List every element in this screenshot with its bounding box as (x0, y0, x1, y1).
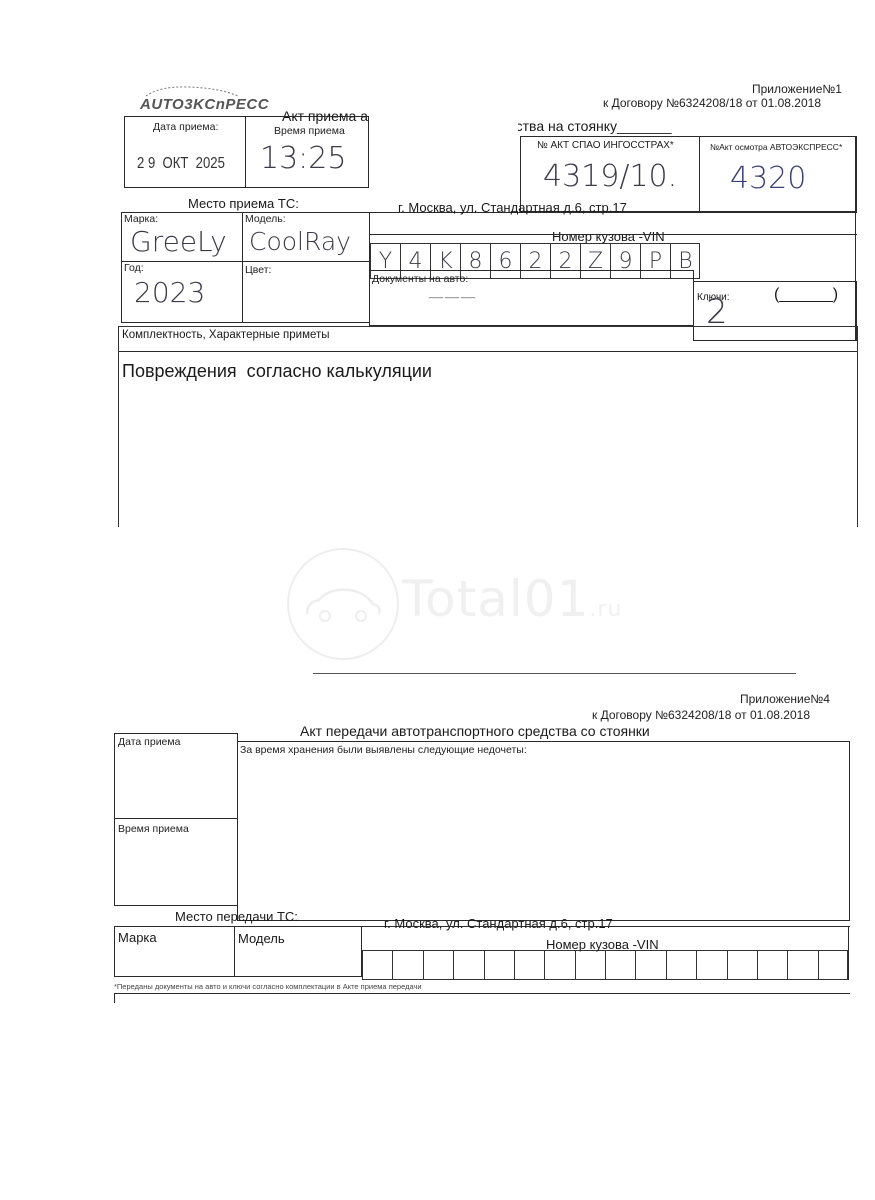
completeness-section: Комплектность, Характерные приметы Повре… (118, 326, 858, 527)
time-cell: Время приема 13:25 (245, 116, 369, 188)
completeness-label: Комплектность, Характерные приметы (122, 329, 330, 341)
documents-cell: Документы на авто: ——— (369, 270, 694, 326)
vin-empty-cell[interactable] (362, 951, 392, 979)
color-cell: Цвет: (242, 261, 370, 323)
form-title-2: Акт передачи автотранспортного средства … (300, 723, 650, 739)
date-label: Дата приема: (153, 121, 218, 133)
place-value: г. Москва, ул. Стандартная д.6, стр.17 (398, 200, 627, 215)
handover-brand-label: Марка (118, 930, 157, 945)
year-value: 2023 (134, 276, 205, 309)
defects-label: За время хранения были выявлены следующи… (240, 744, 527, 756)
brand-cell: Марка: GreeLy (121, 212, 243, 262)
vin-empty-cell[interactable] (453, 951, 483, 979)
inspection-act-label: №Акт осмотра АВТОЭКСПРЕСС* (710, 142, 842, 152)
brand-value: GreeLy (130, 225, 227, 258)
ingos-act-label: № АКТ СПАО ИНГОССТРАХ* (537, 140, 674, 151)
appendix-label: Приложение№1 (752, 82, 842, 96)
handover-time-label: Время приема (118, 823, 189, 835)
year-cell: Год: 2023 (121, 261, 243, 323)
logo-text: AUTO3KCnPECC (140, 96, 269, 113)
autoexpress-logo: AUTO3KCnPECC (140, 84, 244, 116)
vin-empty-cell[interactable] (514, 951, 544, 979)
vin-empty-cell[interactable] (696, 951, 726, 979)
vin-empty-cell[interactable] (575, 951, 605, 979)
documents-value: ——— (428, 287, 476, 306)
handover-date-label: Дата приема (118, 736, 180, 748)
inspection-act-cell: №Акт осмотра АВТОЭКСПРЕСС* 4320 (699, 136, 857, 212)
contract-reference-2: к Договору №6324208/18 от 01.08.2018 (592, 708, 810, 722)
inspection-act-number: 4320 (730, 161, 806, 196)
appendix-label-2: Приложение№4 (740, 692, 830, 706)
vin-empty-cell[interactable] (544, 951, 574, 979)
vin-empty-cell[interactable] (605, 951, 635, 979)
vin-empty-cell[interactable] (484, 951, 514, 979)
vin-empty-cell[interactable] (727, 951, 757, 979)
year-label: Год: (124, 262, 144, 274)
watermark-text: Total01.ru (402, 570, 622, 628)
defects-cell: За время хранения были выявлены следующи… (237, 741, 850, 921)
contract-reference: к Договору №6324208/18 от 01.08.2018 (603, 96, 821, 110)
handover-model-cell: Модель (234, 926, 362, 977)
footnote: *Переданы документы на авто и ключи согл… (114, 982, 422, 991)
handover-time-cell: Время приема (114, 818, 238, 906)
date-stamp: 2 9 ОКТ 2025 (137, 155, 225, 173)
vin-empty-cell[interactable] (392, 951, 422, 979)
car-icon (303, 584, 383, 624)
color-label: Цвет: (245, 264, 271, 276)
keys-extra: (______) (774, 286, 838, 304)
redacted-area (370, 114, 518, 196)
vin-empty-cell[interactable] (423, 951, 453, 979)
model-value: CoolRay (249, 227, 351, 256)
ingos-act-number: 4319/10. (543, 159, 677, 194)
time-label: Время приема (274, 125, 345, 137)
vin-label: Номер кузова -VIN (552, 229, 665, 244)
time-value: 13:25 (260, 141, 346, 176)
vin-empty-cell[interactable] (635, 951, 665, 979)
completeness-value: Повреждения согласно калькуляции (122, 361, 432, 382)
vin-empty-cell[interactable] (757, 951, 787, 979)
documents-label: Документы на авто: (372, 273, 468, 285)
form-title-right: едства на стоянку_______ (500, 118, 672, 134)
watermark: Total01.ru (287, 548, 607, 660)
handover-place-value: г. Москва, ул. Стандартная д.6, стр.17 (384, 916, 613, 931)
vin-empty-cell[interactable] (787, 951, 817, 979)
handover-vin-grid[interactable] (362, 950, 848, 980)
vin-empty-cell[interactable] (666, 951, 696, 979)
vin-empty-cell[interactable] (818, 951, 848, 979)
model-label: Модель: (245, 213, 286, 225)
model-cell: Модель: CoolRay (242, 212, 370, 262)
brand-label: Марка: (124, 213, 158, 225)
handover-place-label: Место передачи ТС: (175, 909, 298, 924)
handover-brand-cell: Марка (114, 926, 235, 977)
date-cell: Дата приема: 2 9 ОКТ 2025 (124, 116, 246, 188)
handover-model-label: Модель (238, 931, 285, 946)
place-label: Место приема ТС: (188, 196, 299, 211)
handover-date-cell: Дата приема (114, 733, 238, 819)
